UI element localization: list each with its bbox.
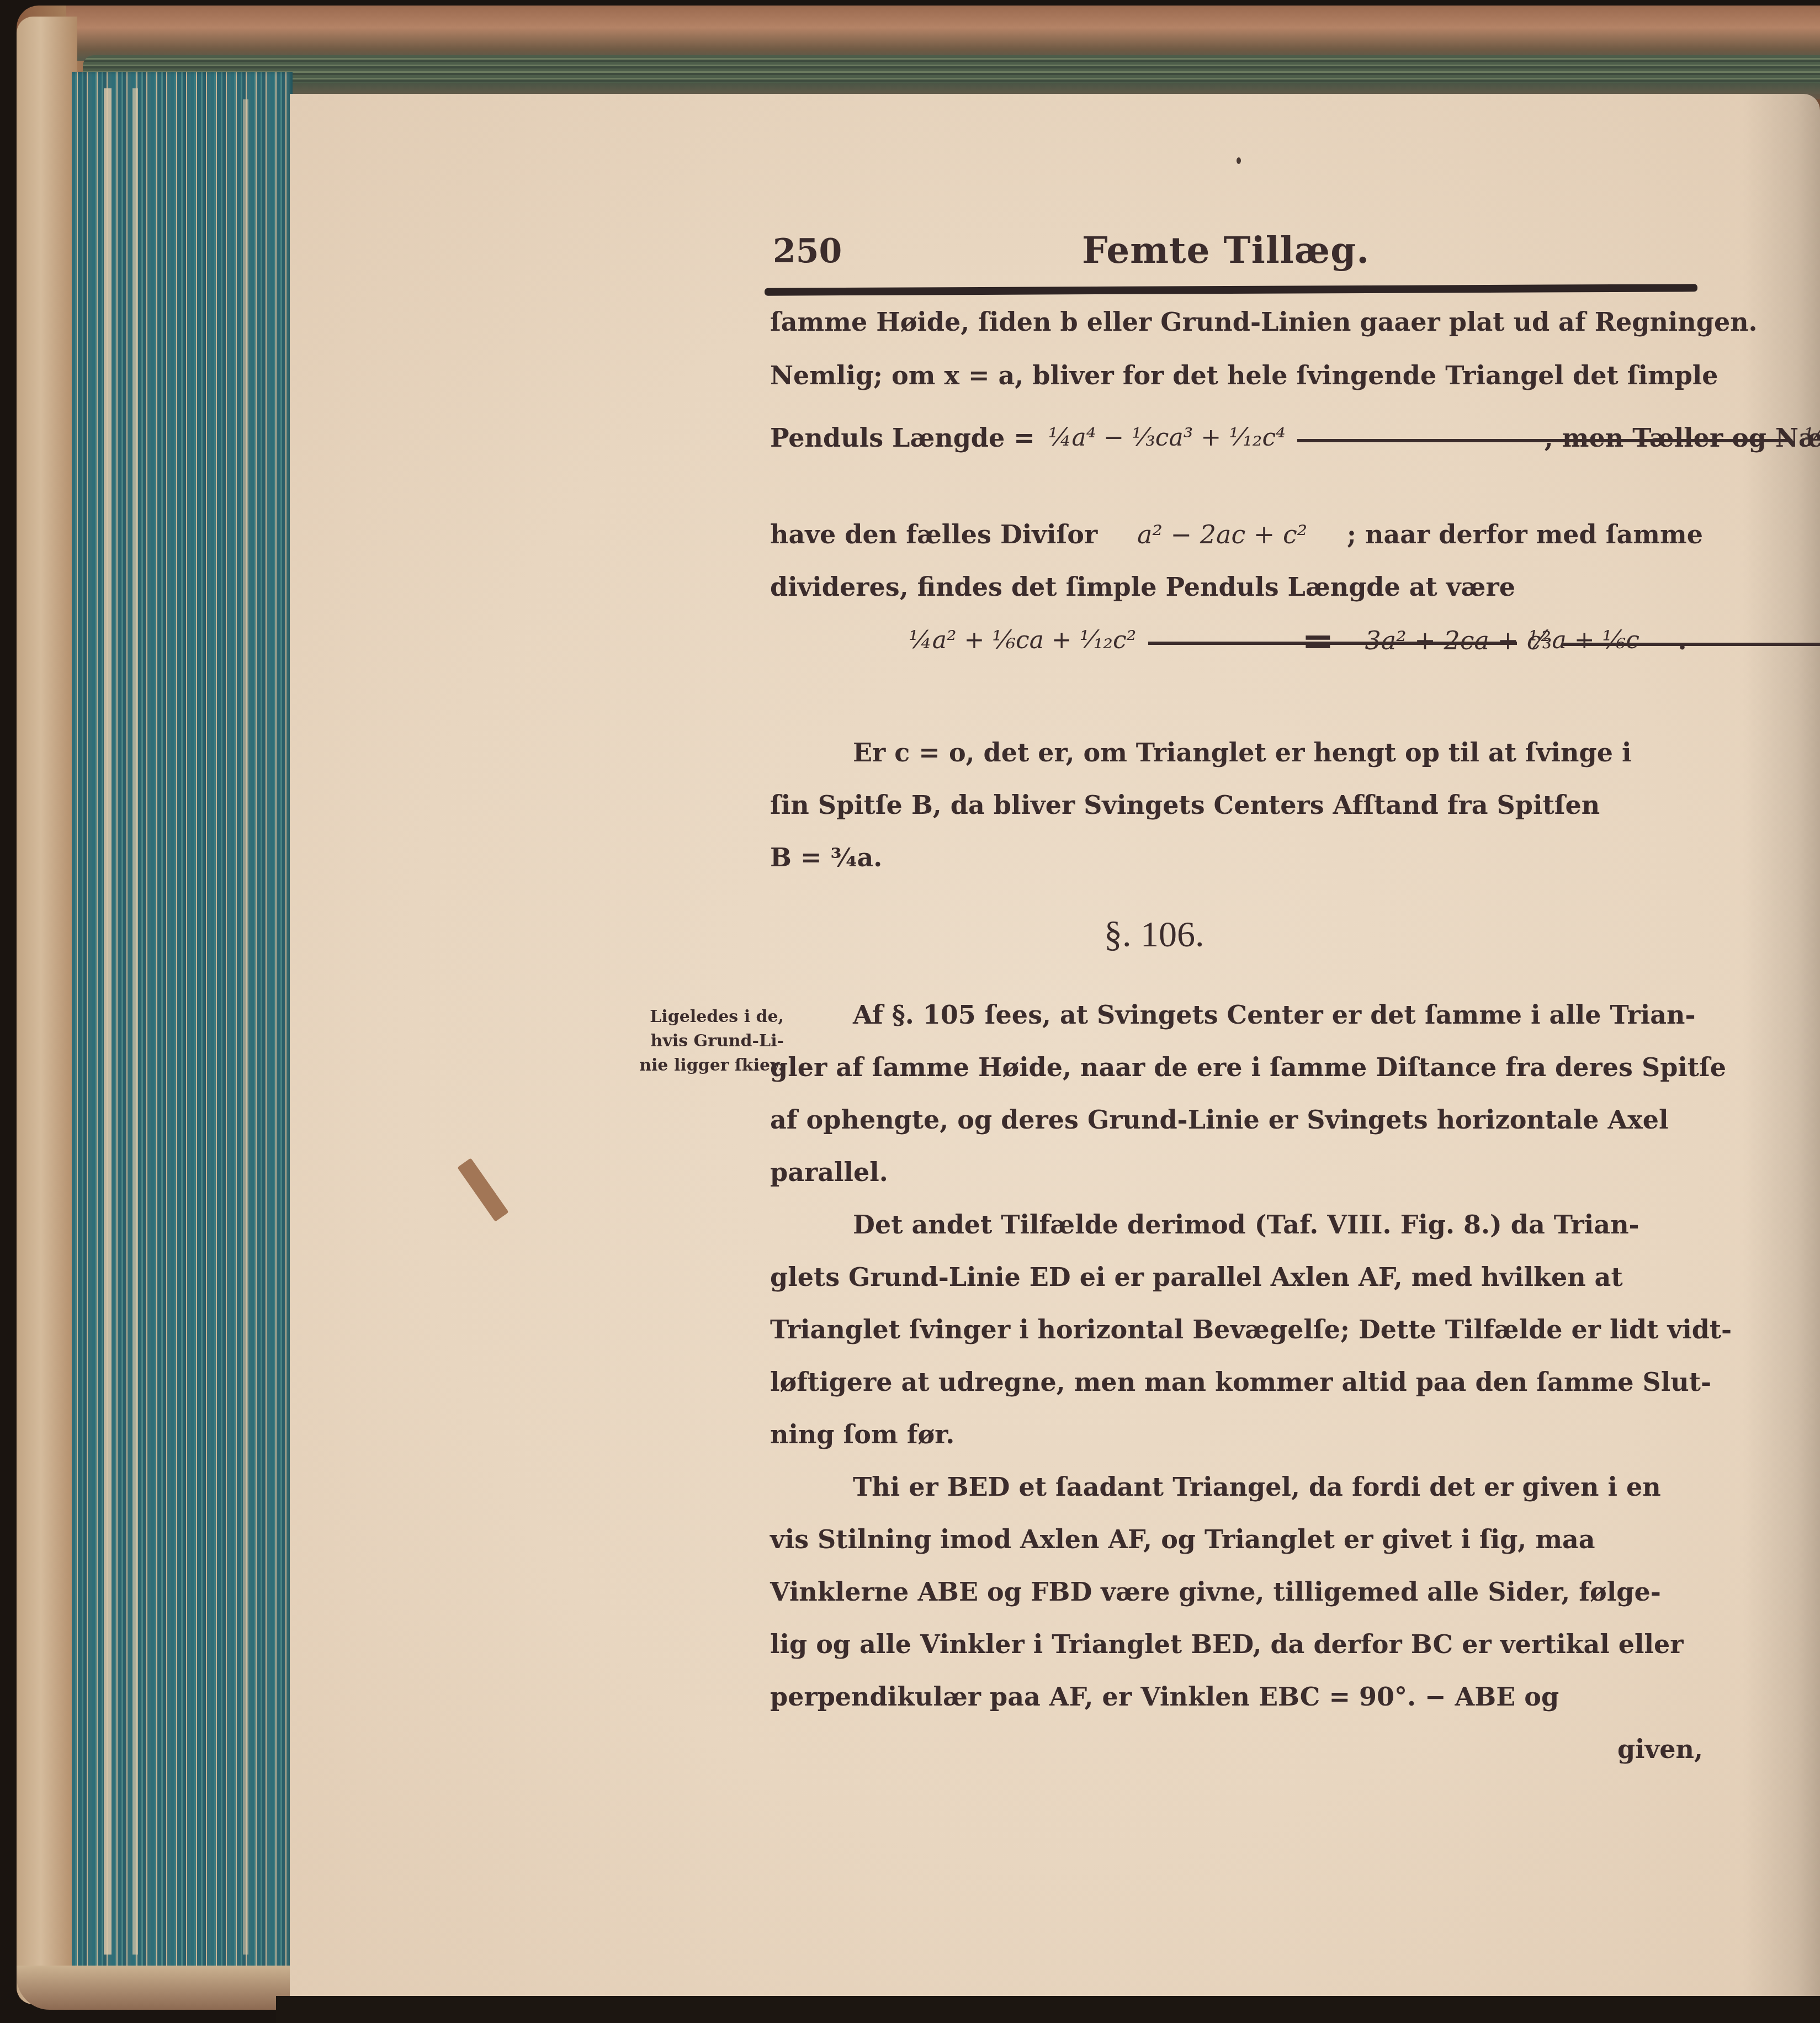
text-line: lig og alle Vinkler i Trianglet BED, da … <box>770 1632 1703 1657</box>
fraction: ¼a⁴ − ⅓ca³ + ¹⁄₁₂c⁴ ⅓a³ − ½ca² + ⅙c³ <box>1045 426 1540 450</box>
text-line: ſin Spitſe B, da bliver Svingets Centers… <box>770 792 1703 818</box>
formula-line: Penduls Længde = ¼a⁴ − ⅓ca³ + ¹⁄₁₂c⁴ ⅓a³… <box>770 425 1703 451</box>
text-line: Trianglet ſvinger i horizontal Bevægelſe… <box>770 1317 1703 1342</box>
math-expression: a² − 2ac + c² <box>1137 522 1307 547</box>
page-stack-gap <box>243 99 248 1955</box>
margin-note: Ligeledes i de, hvis Grund-Li- nie ligge… <box>607 1005 784 1078</box>
page-bottom-shadow <box>276 1996 1820 2023</box>
numerator: ¼a² + ⅙ca + ¹⁄₁₂c² <box>905 628 1139 653</box>
formula-lead: Penduls Længde = <box>770 425 1035 451</box>
text-line: Af §. 105 ſees, at Svingets Center er de… <box>770 1002 1703 1028</box>
text-line: have den fælles Diviſor a² − 2ac + c² ; … <box>770 522 1703 547</box>
text-line: ning ſom før. <box>770 1422 1703 1447</box>
running-title: Femte Tillæg. <box>1082 229 1370 272</box>
text-line: B = ¾a. <box>770 845 1703 870</box>
book-spine-worn-paper <box>17 17 77 2004</box>
text-line: Vinklerne ABE og FBD være givne, tillige… <box>770 1579 1703 1604</box>
text-line: løftigere at udregne, men man kommer alt… <box>770 1369 1703 1395</box>
text-line: Er c = o, det er, om Trianglet er hengt … <box>770 740 1703 765</box>
page-header: 250 Femte Tillæg. <box>773 232 1700 282</box>
text-line: Det andet Tilfælde derimod (Taf. VIII. F… <box>770 1212 1703 1237</box>
margin-note-line: nie ligger ſkiev. <box>607 1053 784 1078</box>
text-line: vis Stilning imod Axlen AF, og Trianglet… <box>770 1527 1703 1552</box>
text-line: divideres, findes det ſimple Penduls Læn… <box>770 574 1703 600</box>
margin-note-line: Ligeledes i de, <box>607 1005 784 1029</box>
numerator: ¼a⁴ − ⅓ca³ + ¹⁄₁₂c⁴ <box>1045 426 1289 450</box>
text-line: af ophengte, og deres Grund-Linie er Svi… <box>770 1107 1703 1132</box>
text-line: perpendikulær paa AF, er Vinklen EBC = 9… <box>770 1684 1703 1709</box>
section-heading: §. 106. <box>1104 914 1205 956</box>
text-line: Nemlig; om x = a, bliver for det hele ſv… <box>770 363 1703 388</box>
text-line: gler af ſamme Høide, naar de ere i ſamme… <box>770 1055 1703 1080</box>
text-line: Thi er BED et ſaadant Triangel, da fordi… <box>770 1474 1703 1500</box>
catchword: given, <box>770 1736 1703 1762</box>
formula-trail: . <box>1678 628 1687 653</box>
fraction-left: ¼a² + ⅙ca + ¹⁄₁₂c² ⅓a + ⅙c <box>905 628 1274 653</box>
fraction-bar <box>1563 643 1820 646</box>
page-number: 250 <box>773 232 842 271</box>
formula-trail: , men Tæller og Nævner <box>1545 425 1820 451</box>
page-stack-gap <box>104 88 112 1955</box>
text-line: parallel. <box>770 1159 1703 1185</box>
equals-sign: = <box>1302 621 1334 660</box>
text-line: glets Grund-Linie ED ei er parallel Axle… <box>770 1264 1703 1290</box>
ink-speck <box>1237 157 1241 164</box>
book-cover-top-edge <box>66 6 1820 61</box>
text-line: ſamme Høide, ſiden b eller Grund-Linien … <box>770 309 1703 335</box>
page-curl-shadow <box>1743 94 1820 2010</box>
numerator: 3a² + 2ca + c² <box>1362 628 1554 653</box>
fraction-right: 3a² + 2ca + c² 4a + 2c <box>1362 628 1678 653</box>
margin-note-line: hvis Grund-Li- <box>607 1029 784 1053</box>
formula-line: ¼a² + ⅙ca + ¹⁄₁₂c² ⅓a + ⅙c = 3a² + 2ca +… <box>905 621 1568 660</box>
page-stack-gap <box>132 88 138 1955</box>
